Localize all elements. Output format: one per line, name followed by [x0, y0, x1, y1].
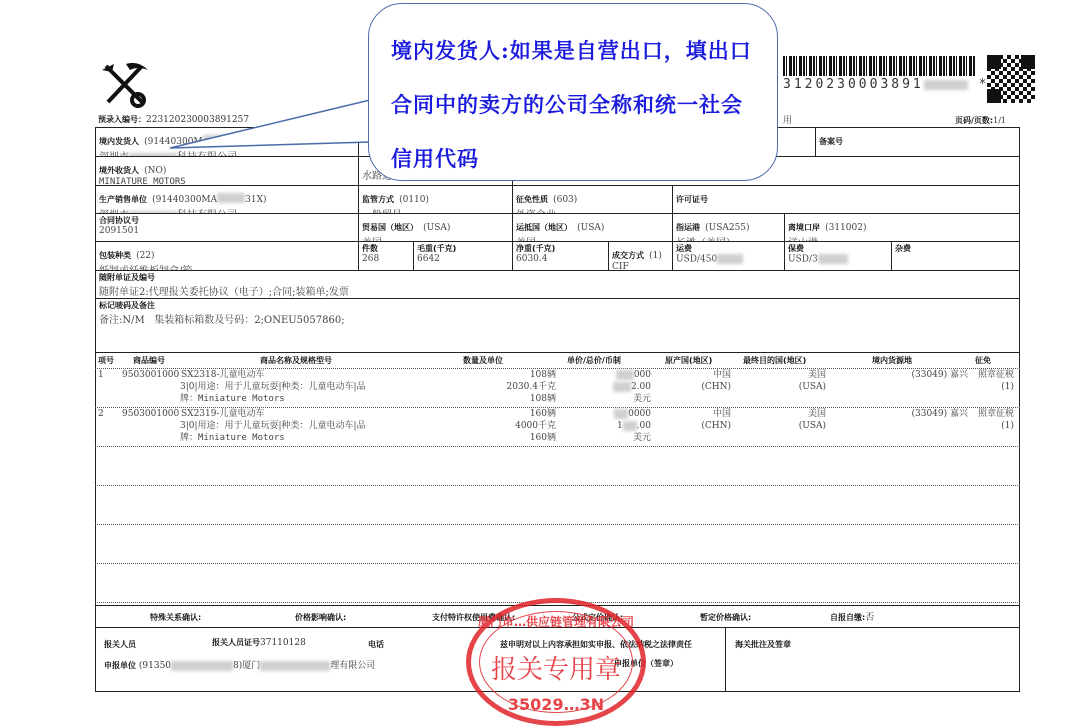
field-contract: 合同协议号 2091501: [96, 214, 358, 241]
col-header-item-no: 项号: [98, 355, 114, 366]
field-gross-weight: 毛重(千克) 6642: [414, 242, 511, 270]
field-marks-remarks: 标记唛码及备注 备注:N/M 集装箱标箱数及号码：2;ONEU5057860;: [96, 299, 996, 351]
callout-pointer: [140, 100, 380, 160]
field-license: 许可证号: [673, 186, 1013, 213]
field-producer: 生产销售单位 (91440300MA31X) 深圳市科技有限公司: [96, 186, 358, 213]
field-exemption: 征免性质 (603) 外资企业: [513, 186, 671, 213]
callout-line-1: 境内发货人:如果是自营出口，填出口: [391, 24, 755, 78]
barcode-text: 3120230003891 *: [783, 77, 989, 92]
field-deal-mode: 成交方式 (1) CIF: [609, 242, 671, 270]
field-package: 包装种类 (22) 纸制或纤维板制盒/箱: [96, 242, 358, 270]
declarant-cert: 报关人员证号37110128: [212, 637, 306, 648]
annotation-callout: 境内发货人:如果是自营出口，填出口 合同中的卖方的公司全称和统一社会 信用代码: [368, 3, 778, 181]
field-dest-port: 指运港 (USA255) 长滩（美国）: [673, 214, 783, 241]
qr-code: [987, 55, 1035, 103]
field-dest-country: 运抵国（地区） (USA) 美国: [513, 214, 671, 241]
declarant-label: 报关人员: [104, 639, 136, 650]
phone-label: 电话: [368, 639, 384, 650]
col-header-goods-name: 商品名称及规格型号: [260, 355, 332, 366]
col-header-final-dest: 最终目的国(地区): [743, 355, 806, 366]
provisional-price-confirm: 暂定价格确认:: [700, 612, 751, 623]
callout-line-3: 信用代码: [391, 132, 755, 186]
declaration-unit: 申报单位 (913508)厦门理有限公司: [104, 658, 375, 671]
field-record-no: 备案号: [816, 128, 1016, 156]
price-impact-confirm: 价格影响确认:: [295, 612, 346, 623]
customs-annotation-label: 海关批注及签章: [735, 639, 791, 650]
table-row: 2 9503001000 SX2319-儿童电动车 3|0|用途：用于儿童玩耍|…: [96, 408, 1018, 446]
table-row: 1 9503001000 SX2318-儿童电动车 3|0|用途：用于儿童玩耍|…: [96, 369, 1018, 407]
field-documents: 随附单证及编号 随附单证2:代理报关委托协议（电子）;合同;装箱单;发票: [96, 271, 996, 298]
customs-declaration-stamp: 厦门市…供应链管理有限公司 报关专用章 35029…3N: [466, 598, 646, 726]
callout-line-2: 合同中的卖方的公司全称和统一社会: [391, 78, 755, 132]
field-exit-port: 离境口岸 (311002) 洋山港: [785, 214, 1015, 241]
field-pieces: 件数 268: [359, 242, 413, 270]
barcode: [783, 56, 975, 76]
col-header-origin: 原产国(地区): [665, 355, 712, 366]
col-header-hs-code: 商品编号: [133, 355, 165, 366]
field-trade-country: 贸易国（地区） (USA) 美国: [359, 214, 511, 241]
self-report: 自报自缴:否: [830, 610, 874, 623]
col-header-levy: 征免: [975, 355, 991, 366]
field-consignee: 境外收货人 (NO) MINIATURE MOTORS: [96, 157, 358, 185]
usage-suffix: 用: [783, 113, 792, 126]
field-supervision: 监管方式 (0110) 一般贸易: [359, 186, 511, 213]
preentry-label: 预录入编号：: [98, 115, 146, 124]
col-header-quantity: 数量及单位: [463, 355, 503, 366]
field-freight: 运费 USD/450: [673, 242, 783, 270]
field-misc-fee: 杂费: [892, 242, 1016, 270]
field-net-weight: 净重(千克) 6030.4: [513, 242, 607, 270]
col-header-price: 单价/总价/币制: [567, 355, 621, 366]
field-insurance: 保费 USD/3: [785, 242, 890, 270]
page-count: 页码/页数:1/1: [955, 115, 1006, 126]
col-header-source: 境内货源地: [872, 355, 912, 366]
special-relation-confirm: 特殊关系确认:: [150, 612, 201, 623]
